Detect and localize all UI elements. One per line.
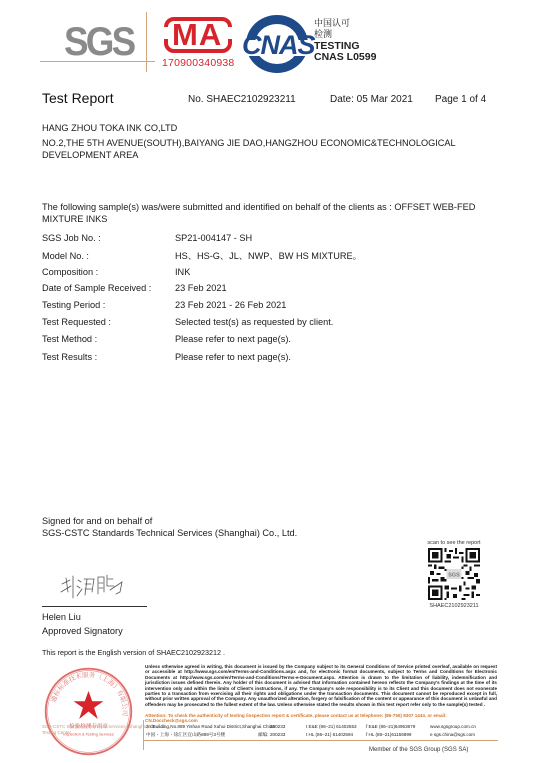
footer-address-en: 3rdBuilding,No.889 Yishan Road Xuhui Dis… [146,724,275,729]
english-version-note: This report is the English version of SH… [42,648,225,657]
cnas-en-line2: CNAS L0599 [314,52,376,63]
field-value: 23 Feb 2021 - 26 Feb 2021 [175,299,286,311]
client-name: HANG ZHOU TOKA INK CO,LTD [42,122,177,134]
qr-code-icon[interactable]: SGS [428,548,480,600]
cma-logo: MA 170900340938 [162,17,234,72]
footer-address-cn: 中国・上海・徐汇区宜山路889号3号楼 [146,732,225,738]
field-label: Composition : [42,266,98,278]
official-stamp-icon: 通标标准技术服务（上海）有限公司 检验检测专用章 Inspection & Te… [42,665,135,758]
report-number: No. SHAEC2102923211 [188,94,296,105]
field-label: Date of Sample Received : [42,282,151,294]
signed-on-behalf: Signed for and on behalf of SGS-CSTC Sta… [42,515,342,539]
signer-name: Helen Liu [42,611,81,623]
handwritten-signature-icon [58,570,128,600]
footer-fax-ee: f E&E (86–21)64953679 [366,724,415,729]
field-value: Please refer to next page(s). [175,351,291,363]
field-value: Selected test(s) as requested by client. [175,316,333,328]
footer-divider-vertical [143,720,144,750]
signed-company: SGS-CSTC Standards Technical Services (S… [42,527,342,539]
footer-email-link[interactable]: e sgs.china@sgs.com [430,732,475,737]
field-label: Test Requested : [42,316,111,328]
cma-number: 170900340938 [162,57,234,69]
cnas-cn-line1: 中国认可 [314,19,376,30]
authenticity-attention: Attention: To check the authenticity of … [145,713,497,724]
footer-postcode-cn: 200233 [270,732,285,737]
field-label: Model No. : [42,250,89,262]
logo-divider-horizontal [40,61,155,62]
signature-line [42,606,147,607]
qr-center-label: SGS [448,572,460,578]
sample-intro: The following sample(s) was/were submitt… [42,201,492,225]
field-value: 23 Feb 2021 [175,282,227,294]
cnas-logo-text: CNAS [242,30,315,61]
footer-tel-ee: t E&E (86–21) 61402553 [306,724,357,729]
field-value: HS、HS-G、JL、NWP、BW HS MIXTURE。 [175,250,362,262]
footer-tel-hl: t HL (86–21) 61402594 [306,732,353,737]
logo-divider-vertical [146,12,147,72]
field-label: Testing Period : [42,299,105,311]
report-page: Page 1 of 4 [435,94,486,105]
report-title: Test Report [42,90,114,106]
field-value: SP21-004147 - SH [175,232,252,244]
signed-line1: Signed for and on behalf of [42,515,342,527]
cma-logo-text: MA [172,17,222,53]
field-label: SGS Job No. : [42,232,101,244]
cma-logo-frame: MA [164,17,232,53]
sgs-logo: SGS [40,12,155,72]
sgs-group-membership: Member of the SGS Group (SGS SA) [369,747,468,753]
client-address: NO.2,THE 5TH AVENUE(SOUTH),BAIYANG JIE D… [42,137,482,161]
cnas-logo: CNAS 中国认可 检测 TESTING CNAS L0599 [246,15,406,73]
qr-block: scan to see the report SGS SHAEC21029232… [419,540,489,620]
footer-postcode-en: 200233 [270,724,285,729]
footer-fax-hl: f HL (86–21)61156899 [366,732,411,737]
footer-divider [143,740,498,741]
cma-frame-gap-left [160,27,168,39]
field-value: Please refer to next page(s). [175,333,291,345]
cnas-accreditation-text: 中国认可 检测 TESTING CNAS L0599 [314,19,376,63]
report-date: Date: 05 Mar 2021 [330,94,413,105]
sgs-logo-text: SGS [64,20,133,65]
qr-caption: scan to see the report [419,540,489,546]
footer-website-link[interactable]: www.sgsgroup.com.cn [430,724,476,729]
field-label: Test Method : [42,333,97,345]
footer-postcode-label-cn: 邮编: [258,732,268,738]
field-value: INK [175,266,190,278]
field-label: Test Results : [42,351,97,363]
qr-report-id: SHAEC2102923211 [419,603,489,609]
signer-title: Approved Signatory [42,625,123,637]
cma-frame-gap-right [228,27,236,39]
legal-disclaimer: Unless otherwise agreed in writing, this… [145,664,497,707]
